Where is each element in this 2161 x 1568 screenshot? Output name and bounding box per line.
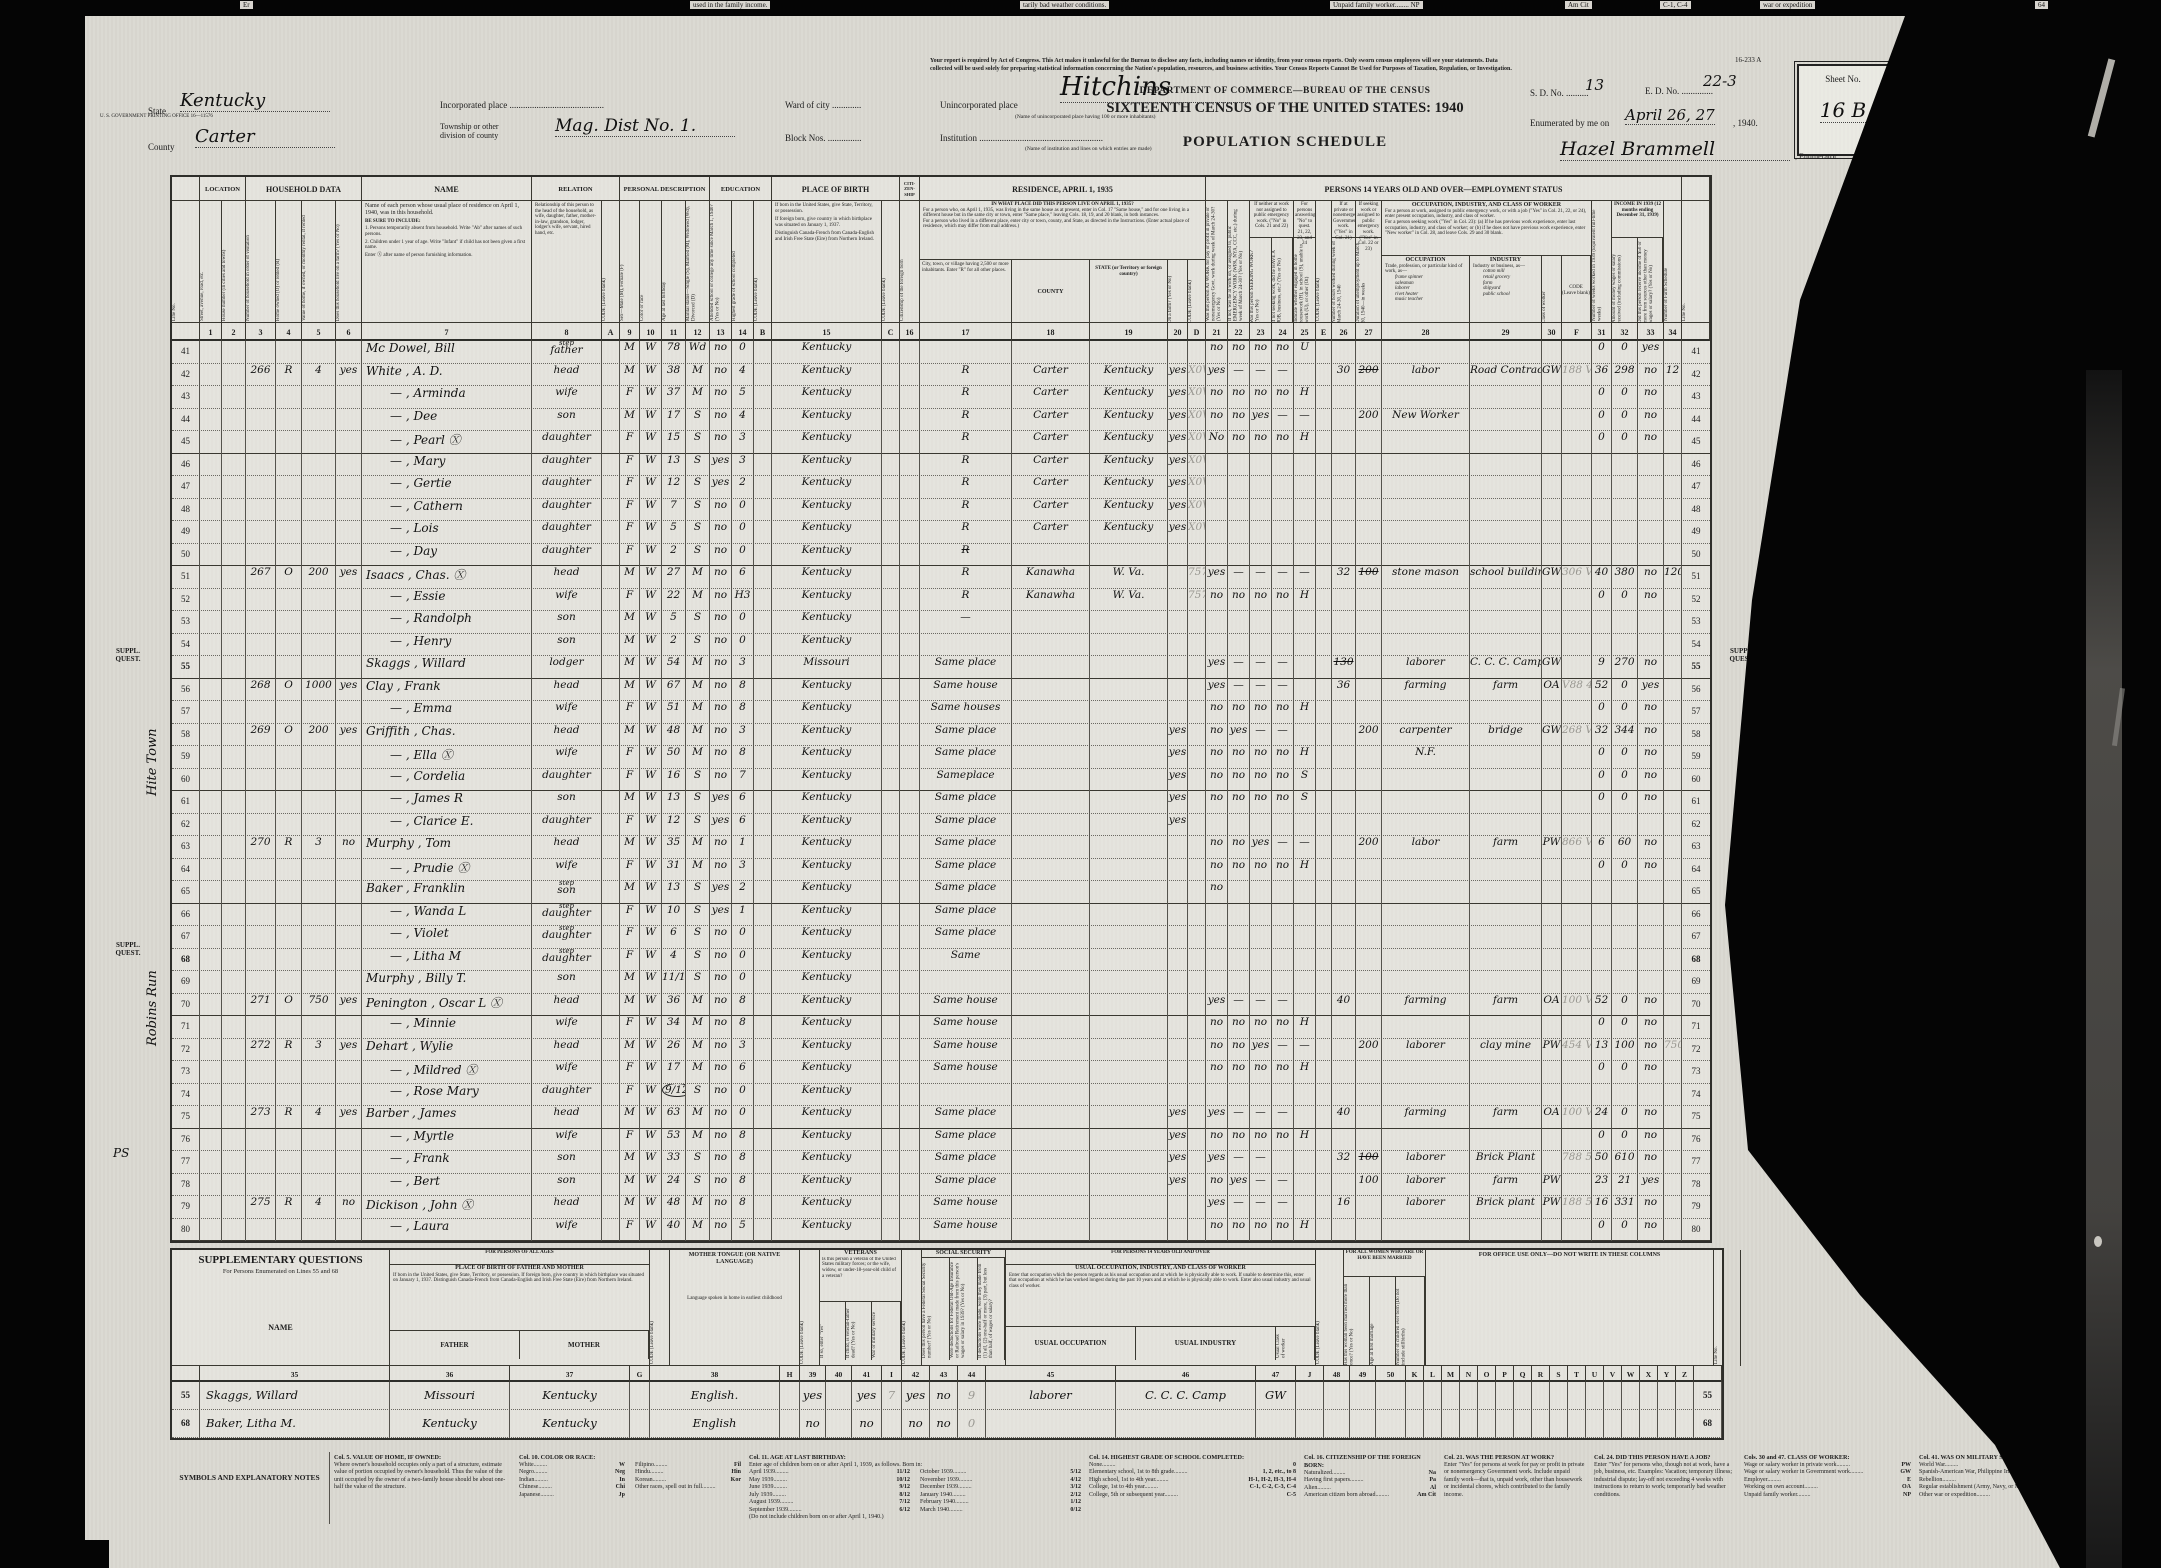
suppl-cell: no: [902, 1410, 930, 1438]
edge-fragment: 64: [2035, 1, 2048, 9]
table-cell: [1332, 971, 1356, 994]
table-cell: [882, 1084, 900, 1107]
table-row: 55Skaggs , WillardlodgerMW54Mno3Missouri…: [172, 656, 1710, 679]
table-cell: [1090, 746, 1168, 769]
table-cell: [1562, 476, 1592, 499]
suppl-cell: [1640, 1382, 1658, 1410]
table-cell: H: [1294, 859, 1316, 882]
table-cell: no: [710, 1061, 732, 1084]
table-cell: Kentucky: [1090, 431, 1168, 454]
table-cell: 13: [662, 454, 686, 477]
table-cell: no: [1228, 1061, 1250, 1084]
table-cell: [1542, 589, 1562, 612]
place-of-birth-heading: If born in the United States, give State…: [772, 201, 882, 323]
column-number: 25: [1294, 323, 1316, 341]
line-number: 60: [172, 769, 200, 792]
table-cell: [1332, 454, 1356, 477]
table-cell: [1272, 1151, 1294, 1174]
table-cell: [222, 746, 246, 769]
table-cell: [602, 859, 620, 882]
table-cell: no: [1272, 791, 1294, 814]
table-cell: R: [276, 1106, 302, 1129]
table-cell: [200, 431, 222, 454]
table-cell: [1470, 341, 1542, 364]
column-number: 36: [390, 1366, 510, 1382]
table-cell: Kentucky: [772, 769, 882, 792]
table-cell: [1188, 1084, 1206, 1107]
state-label: State: [148, 106, 166, 116]
table-cell: [1470, 814, 1542, 837]
table-cell: [222, 431, 246, 454]
table-cell: [1664, 454, 1682, 477]
table-cell: M: [620, 1039, 640, 1062]
table-cell: [754, 926, 772, 949]
table-cell: 130: [1332, 656, 1356, 679]
table-row: 53— , RandolphsonMW5Sno0Kentucky—53: [172, 611, 1710, 634]
table-row: 43— , ArmindawifeFW37Mno5KentuckyRCarter…: [172, 386, 1710, 409]
table-cell: [1612, 881, 1638, 904]
table-cell: [1356, 431, 1382, 454]
suppl-cell: [1296, 1382, 1324, 1410]
table-cell: [1012, 679, 1090, 702]
table-cell: [1382, 1129, 1470, 1152]
table-cell: [1332, 926, 1356, 949]
table-cell: M: [620, 881, 640, 904]
table-row: 49— , LoisdaughterFW5Sno0KentuckyRCarter…: [172, 521, 1710, 544]
table-cell: 454 V7 1: [1562, 1039, 1592, 1062]
township-label: Township or otherdivision of county: [440, 122, 499, 140]
table-cell: W: [640, 409, 662, 432]
table-cell: 8: [732, 746, 754, 769]
table-cell: [1188, 881, 1206, 904]
table-cell: M: [686, 1196, 710, 1219]
table-cell: [222, 769, 246, 792]
suppl-cell: yes: [852, 1382, 882, 1410]
suppl-cell: [1658, 1382, 1676, 1410]
table-cell: 344: [1612, 724, 1638, 747]
table-cell: [1090, 1196, 1168, 1219]
suppl-cell: English: [650, 1410, 780, 1438]
street-name-hite-town: Hite Town: [145, 636, 160, 796]
table-cell: [222, 836, 246, 859]
line-number: 74: [1682, 1084, 1710, 1107]
table-cell: yes: [1206, 1196, 1228, 1219]
line-no-heading: Line No.: [1682, 201, 1709, 323]
suppl-cell: GW: [1256, 1382, 1296, 1410]
table-cell: [1562, 791, 1592, 814]
table-cell: [276, 589, 302, 612]
group-23-24-label: If neither at work nor assigned to publi…: [1250, 201, 1293, 238]
table-cell: [1638, 814, 1664, 837]
table-cell: [900, 409, 920, 432]
table-cell: X0V2: [1188, 431, 1206, 454]
table-cell: [1664, 1061, 1682, 1084]
table-cell: C. C. C. Camp: [1470, 656, 1542, 679]
table-cell: [1228, 904, 1250, 927]
table-cell: [200, 836, 222, 859]
table-cell: head: [532, 364, 602, 387]
table-cell: [302, 701, 336, 724]
table-cell: yes: [1168, 1151, 1188, 1174]
table-cell: [1592, 521, 1612, 544]
table-cell: [1316, 431, 1332, 454]
table-cell: no: [1638, 431, 1664, 454]
table-cell: daughter: [532, 431, 602, 454]
table-cell: 16: [1332, 1196, 1356, 1219]
table-cell: 32: [1332, 1151, 1356, 1174]
column-number: 26: [1332, 323, 1356, 341]
table-cell: [1168, 679, 1188, 702]
table-cell: [1664, 994, 1682, 1017]
suppl-cell: [1514, 1382, 1532, 1410]
table-cell: Same place: [920, 904, 1012, 927]
group-title: RELATION: [558, 186, 592, 193]
table-cell: 0: [1612, 409, 1638, 432]
table-cell: R: [920, 544, 1012, 567]
table-cell: Kentucky: [772, 971, 882, 994]
county-label: County: [148, 142, 175, 152]
table-cell: no: [1250, 1016, 1272, 1039]
table-cell: [1382, 611, 1470, 634]
table-cell: [1592, 881, 1612, 904]
table-cell: wife: [532, 589, 602, 612]
table-cell: 1: [732, 904, 754, 927]
table-cell: Kentucky: [1090, 499, 1168, 522]
table-cell: W: [640, 701, 662, 724]
table-cell: [1168, 1061, 1188, 1084]
table-cell: [1012, 611, 1090, 634]
table-cell: [1228, 926, 1250, 949]
table-cell: W: [640, 589, 662, 612]
table-cell: [900, 386, 920, 409]
table-cell: [882, 814, 900, 837]
table-cell: 13: [662, 881, 686, 904]
table-cell: [900, 454, 920, 477]
suppl-cell: [1568, 1382, 1586, 1410]
table-cell: 4: [302, 364, 336, 387]
table-cell: [200, 499, 222, 522]
column-number: Q: [1514, 1366, 1532, 1382]
table-cell: [1294, 679, 1316, 702]
table-cell: [1356, 926, 1382, 949]
table-cell: [1664, 814, 1682, 837]
table-cell: Kentucky: [772, 1129, 882, 1152]
table-cell: [920, 1084, 1012, 1107]
table-cell: [1562, 859, 1592, 882]
table-cell: [602, 1039, 620, 1062]
table-cell: [276, 1219, 302, 1242]
suppl-cell: [1604, 1382, 1622, 1410]
table-cell: [1356, 971, 1382, 994]
table-cell: M: [620, 1151, 640, 1174]
suppl-cell: [882, 1410, 902, 1438]
table-cell: [246, 589, 276, 612]
table-cell: 380: [1612, 566, 1638, 589]
table-cell: [1638, 1084, 1664, 1107]
table-cell: [1470, 431, 1542, 454]
table-cell: [302, 544, 336, 567]
table-cell: 23: [1592, 1174, 1612, 1197]
column-number: 8: [532, 323, 602, 341]
table-cell: [882, 634, 900, 657]
code-e-heading: CODE (Leave blank): [1316, 201, 1331, 323]
table-cell: [1470, 881, 1542, 904]
line-number: 49: [1682, 521, 1710, 544]
table-cell: [1188, 836, 1206, 859]
column-number: Y: [1658, 1366, 1676, 1382]
table-cell: [1168, 1196, 1188, 1219]
table-cell: [222, 1219, 246, 1242]
group-title: LOCATION: [205, 186, 240, 193]
table-cell: [882, 589, 900, 612]
table-cell: [1382, 926, 1470, 949]
table-cell: Kentucky: [772, 859, 882, 882]
table-cell: no: [1638, 589, 1664, 612]
table-cell: [1316, 724, 1332, 747]
table-cell: M: [620, 1196, 640, 1219]
table-cell: no: [1206, 1219, 1228, 1242]
table-cell: [1562, 386, 1592, 409]
table-cell: [1356, 1061, 1382, 1084]
table-cell: 40: [662, 1219, 686, 1242]
table-cell: 0: [1592, 1061, 1612, 1084]
table-cell: W: [640, 859, 662, 882]
table-cell: [1090, 836, 1168, 859]
table-cell: [1294, 724, 1316, 747]
table-cell: M: [620, 656, 640, 679]
table-cell: head: [532, 1106, 602, 1129]
table-cell: — , Wanda L: [362, 904, 532, 927]
table-cell: [1664, 949, 1682, 972]
table-cell: [882, 611, 900, 634]
table-cell: [1542, 386, 1562, 409]
suppl-cell: [1532, 1382, 1550, 1410]
table-cell: no: [1638, 386, 1664, 409]
table-cell: [1250, 611, 1272, 634]
line-number: 77: [172, 1151, 200, 1174]
table-cell: S: [686, 814, 710, 837]
table-cell: [1664, 589, 1682, 612]
table-cell: Kentucky: [1090, 521, 1168, 544]
table-cell: [1250, 1084, 1272, 1107]
table-cell: —: [1272, 1106, 1294, 1129]
table-cell: [1664, 1196, 1682, 1219]
table-cell: [900, 904, 920, 927]
residence-state-heading: STATE (or Territory or foreign country): [1090, 260, 1168, 323]
suppl-cell: [1324, 1410, 1350, 1438]
table-cell: [200, 521, 222, 544]
table-cell: W: [640, 746, 662, 769]
table-cell: 24: [662, 1174, 686, 1197]
table-cell: [900, 544, 920, 567]
table-cell: 5: [732, 1219, 754, 1242]
table-cell: [246, 904, 276, 927]
table-cell: 22: [662, 589, 686, 612]
column-number: 33: [1638, 323, 1664, 341]
table-cell: [302, 386, 336, 409]
suppl-cell: [1406, 1382, 1424, 1410]
table-cell: — , Ella Ⓧ: [362, 746, 532, 769]
table-cell: [882, 454, 900, 477]
table-cell: [1542, 746, 1562, 769]
table-cell: [1562, 521, 1592, 544]
table-cell: —: [1228, 364, 1250, 387]
table-cell: [1272, 814, 1294, 837]
table-cell: W: [640, 904, 662, 927]
table-cell: [1090, 904, 1168, 927]
table-cell: [200, 926, 222, 949]
header-descriptions: Line No.Street, avenue, road, etc.House …: [172, 201, 1710, 323]
table-cell: [336, 386, 362, 409]
table-cell: 6: [1592, 836, 1612, 859]
column-heading: Number of household in order of visitati…: [246, 201, 275, 323]
table-cell: [754, 1151, 772, 1174]
line-number: 53: [1682, 611, 1710, 634]
table-cell: —: [1250, 1151, 1272, 1174]
table-cell: [200, 724, 222, 747]
column-heading: Street, avenue, road, etc.: [200, 201, 221, 323]
suppl-cell: no: [852, 1410, 882, 1438]
table-cell: [1470, 1219, 1542, 1242]
table-cell: Same place: [920, 1174, 1012, 1197]
line-number: 57: [1682, 701, 1710, 724]
table-cell: [1562, 634, 1592, 657]
table-cell: 5: [732, 386, 754, 409]
table-cell: yes: [1206, 566, 1228, 589]
table-cell: Kentucky: [1090, 454, 1168, 477]
column-number: 48: [1324, 1366, 1350, 1382]
table-cell: 0: [732, 1084, 754, 1107]
table-cell: [246, 949, 276, 972]
table-cell: [1332, 1039, 1356, 1062]
table-cell: [1470, 499, 1542, 522]
table-cell: 16: [1592, 1196, 1612, 1219]
table-cell: [1250, 454, 1272, 477]
table-cell: — , Mary: [362, 454, 532, 477]
table-cell: [1612, 611, 1638, 634]
edge-fragment: Er: [240, 1, 253, 9]
table-cell: [1382, 386, 1470, 409]
table-cell: [200, 859, 222, 882]
table-cell: 0: [1592, 859, 1612, 882]
table-cell: 11/12: [662, 971, 686, 994]
table-cell: head: [532, 1196, 602, 1219]
table-cell: —: [1228, 1151, 1250, 1174]
table-cell: Same place: [920, 859, 1012, 882]
table-cell: F: [620, 1129, 640, 1152]
table-cell: [754, 1174, 772, 1197]
table-cell: yes: [1168, 386, 1188, 409]
edge-fragment: war or expedition: [1760, 1, 1815, 9]
table-cell: no: [710, 1174, 732, 1197]
suppl-cell: [630, 1382, 650, 1410]
table-cell: yes: [1206, 364, 1228, 387]
table-cell: [336, 791, 362, 814]
column-number: S: [1550, 1366, 1568, 1382]
table-cell: 3: [732, 859, 754, 882]
table-cell: [1294, 521, 1316, 544]
table-cell: [1272, 521, 1294, 544]
table-cell: [246, 454, 276, 477]
table-cell: [246, 476, 276, 499]
table-cell: [1316, 634, 1332, 657]
table-cell: [200, 1016, 222, 1039]
code-b-heading: CODE (Leave blank): [754, 201, 771, 323]
table-cell: [222, 566, 246, 589]
table-cell: 200: [1356, 724, 1382, 747]
table-cell: [222, 499, 246, 522]
table-cell: Kentucky: [772, 791, 882, 814]
table-cell: [1012, 859, 1090, 882]
table-cell: F: [620, 431, 640, 454]
table-cell: [222, 994, 246, 1017]
table-cell: R: [920, 364, 1012, 387]
table-cell: OA: [1542, 994, 1562, 1017]
table-cell: [1012, 656, 1090, 679]
column-heading: Did this person receive income of $50 or…: [1638, 238, 1662, 323]
table-cell: 200: [302, 724, 336, 747]
column-number: 41: [852, 1366, 882, 1382]
table-cell: Kentucky: [772, 364, 882, 387]
table-cell: 6: [732, 1061, 754, 1084]
table-cell: 268 V9 2: [1562, 724, 1592, 747]
table-cell: PW: [1542, 1174, 1562, 1197]
table-cell: no: [1638, 791, 1664, 814]
table-cell: [1612, 544, 1638, 567]
table-cell: [1592, 611, 1612, 634]
suppl-cell: 9: [958, 1382, 986, 1410]
table-cell: [1664, 679, 1682, 702]
table-cell: W: [640, 1084, 662, 1107]
suppl-row: 68Baker, Litha M.KentuckyKentuckyEnglish…: [172, 1410, 1722, 1438]
table-cell: [200, 341, 222, 364]
column-number: 3: [246, 323, 276, 341]
table-cell: S: [686, 904, 710, 927]
suppl-cell: [1676, 1410, 1694, 1438]
table-cell: —: [1228, 994, 1250, 1017]
table-cell: [882, 476, 900, 499]
table-cell: Kentucky: [772, 814, 882, 837]
table-cell: [920, 341, 1012, 364]
table-cell: [1228, 971, 1250, 994]
table-cell: [882, 431, 900, 454]
table-cell: farming: [1382, 679, 1470, 702]
table-cell: [1168, 1016, 1188, 1039]
table-cell: [302, 1061, 336, 1084]
table-cell: [1012, 544, 1090, 567]
table-cell: Murphy , Billy T.: [362, 971, 532, 994]
table-cell: M: [620, 409, 640, 432]
table-row: 47— , GertiedaughterFW12Syes2KentuckyRCa…: [172, 476, 1710, 499]
table-cell: [1562, 949, 1592, 972]
table-cell: [602, 656, 620, 679]
table-cell: [222, 656, 246, 679]
table-cell: 21: [1612, 1174, 1638, 1197]
table-cell: no: [710, 656, 732, 679]
table-cell: [602, 1016, 620, 1039]
table-cell: [602, 544, 620, 567]
suppl-cell: [1478, 1410, 1496, 1438]
table-row: 62— , Clarice E.daughterFW12Syes6Kentuck…: [172, 814, 1710, 837]
line-number: 47: [1682, 476, 1710, 499]
table-cell: [1542, 881, 1562, 904]
table-cell: [1592, 454, 1612, 477]
table-cell: [1638, 544, 1664, 567]
line-number: 77: [1682, 1151, 1710, 1174]
table-cell: — , Gertie: [362, 476, 532, 499]
table-cell: school buildings: [1470, 566, 1542, 589]
table-cell: daughter: [532, 769, 602, 792]
